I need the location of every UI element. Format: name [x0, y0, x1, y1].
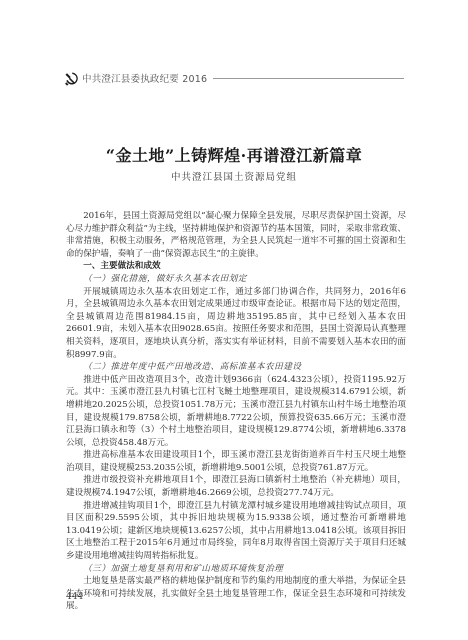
paragraph: 2016年，县国土资源局党组以“凝心聚力保障全县发展，尽职尽责保护国土资源，尽心…: [66, 210, 406, 260]
subsection-heading: （二）推进年度中低产田地改造、高标准基本农田建设: [66, 361, 406, 374]
article-title: “金土地”上铸辉煌·再谱澄江新篇章: [0, 143, 468, 166]
paragraph: 开展城镇周边永久基本农田划定工作，通过多部门协调合作，共同努力，2016年6月，…: [66, 286, 406, 362]
paragraph: 土地复垦是落实最严格的耕地保护制度和节约集约用地制度的重大举措，为保证全县生态环…: [66, 575, 406, 613]
paragraph: 推进市级投资补充耕地项目1个，即澄江县海口镇新村土地整治（补充耕地）项目，建设规…: [66, 474, 406, 499]
running-title: 中共澄江县委执政纪要 2016: [82, 71, 207, 85]
section-heading: 一、主要做法和成效: [66, 260, 406, 273]
paragraph: 推进高标准基本农田建设项目1个，即玉溪市澄江县龙街街道养百牛村玉尺埂土地整治项目…: [66, 449, 406, 474]
subsection-heading: （一）强化措施，做好永久基本农田划定: [66, 273, 406, 286]
paragraph: 推进增减挂钩项目1个，即澄江县九村镇龙潭村城乡建设用地增减挂钩试点项目，项目区面…: [66, 500, 406, 563]
subsection-heading: （三）加强土地复垦利用和矿山地质环境恢复治理: [66, 563, 406, 576]
article-body: 2016年，县国土资源局党组以“凝心聚力保障全县发展，尽职尽责保护国土资源，尽心…: [66, 210, 406, 613]
running-header: 中共澄江县委执政纪要 2016: [64, 70, 404, 86]
article-author: 中共澄江县国土资源局党组: [0, 169, 468, 183]
paragraph: 推进中低产田改造项目3个，改造计划9366亩（624.4323公顷），投资119…: [66, 374, 406, 450]
hammer-sickle-icon: [64, 71, 79, 86]
page-number: 444: [66, 592, 83, 602]
header-rule: [213, 78, 404, 79]
